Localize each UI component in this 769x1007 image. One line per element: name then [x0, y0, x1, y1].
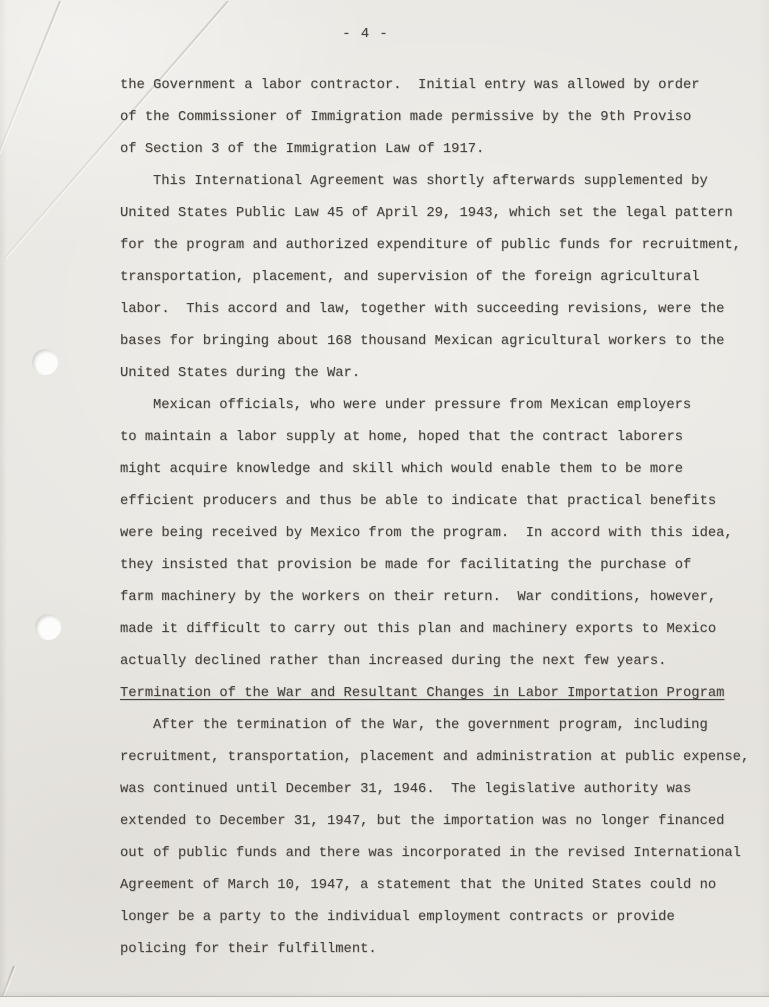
- page-body: the Government a labor contractor. Initi…: [120, 70, 749, 966]
- paper-bottom-edge: [0, 996, 769, 1007]
- text-line: of Section 3 of the Immigration Law of 1…: [120, 134, 749, 166]
- punch-hole: [32, 349, 58, 375]
- text-line: to maintain a labor supply at home, hope…: [120, 422, 749, 454]
- text-line: out of public funds and there was incorp…: [120, 838, 749, 870]
- text-line: was continued until December 31, 1946. T…: [120, 774, 749, 806]
- section-heading: Termination of the War and Resultant Cha…: [120, 678, 749, 710]
- text-line: might acquire knowledge and skill which …: [120, 454, 749, 486]
- punch-hole: [35, 614, 61, 640]
- text-line: policing for their fulfillment.: [120, 934, 749, 966]
- text-line: longer be a party to the individual empl…: [120, 902, 749, 934]
- text-line: actually declined rather than increased …: [120, 646, 749, 678]
- text-line: the Government a labor contractor. Initi…: [120, 70, 749, 102]
- page-number: - 4 -: [0, 27, 750, 42]
- text-line: Agreement of March 10, 1947, a statement…: [120, 870, 749, 902]
- text-line: transportation, placement, and supervisi…: [120, 262, 749, 294]
- text-line: efficient producers and thus be able to …: [120, 486, 749, 518]
- text-line: After the termination of the War, the go…: [120, 710, 749, 742]
- text-line: for the program and authorized expenditu…: [120, 230, 749, 262]
- text-line: This International Agreement was shortly…: [120, 166, 749, 198]
- text-line: were being received by Mexico from the p…: [120, 518, 749, 550]
- paper-crease: [0, 1, 61, 155]
- text-line: of the Commissioner of Immigration made …: [120, 102, 749, 134]
- paper-sheet: - 4 - the Government a labor contractor.…: [0, 0, 769, 997]
- text-line: Mexican officials, who were under pressu…: [120, 390, 749, 422]
- text-line: they insisted that provision be made for…: [120, 550, 749, 582]
- text-line: United States during the War.: [120, 358, 749, 390]
- scanned-document: - 4 - the Government a labor contractor.…: [0, 0, 769, 1007]
- text-line: farm machinery by the workers on their r…: [120, 582, 749, 614]
- text-line: labor. This accord and law, together wit…: [120, 294, 749, 326]
- text-line: bases for bringing about 168 thousand Me…: [120, 326, 749, 358]
- text-line: extended to December 31, 1947, but the i…: [120, 806, 749, 838]
- text-line: recruitment, transportation, placement a…: [120, 742, 749, 774]
- text-line: United States Public Law 45 of April 29,…: [120, 198, 749, 230]
- text-line: made it difficult to carry out this plan…: [120, 614, 749, 646]
